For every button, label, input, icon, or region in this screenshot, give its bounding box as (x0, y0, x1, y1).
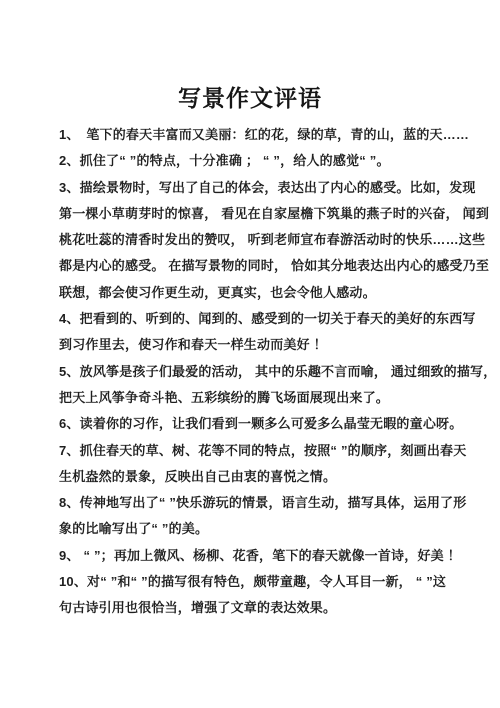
comment-line: 句古诗引用也很恰当，增强了文章的表达效果。 (59, 595, 450, 621)
comment-item-5: 5、放风筝是孩子们最爱的活动， 其中的乐趣不言而喻， 通过细致的描写， 把天上风… (59, 359, 450, 412)
comment-line: 把天上风筝争奇斗艳、五彩缤纷的腾飞场面展现出来了。 (59, 385, 450, 411)
document-body: 1、 笔下的春天丰富而又美丽：红的花，绿的草，青的山，蓝的天…… 2、抓住了“ … (0, 111, 500, 622)
comment-line: 4、把看到的、听到的、闻到的、感受到的一切关于春天的美好的东西写 (59, 306, 450, 332)
comment-line: 7、抓住春天的草、树、花等不同的特点，按照“ ”的顺序，刻画出春天 (59, 438, 450, 464)
comment-item-9: 9、 “ ”；再加上微风、杨柳、花香，笔下的春天就像一首诗，好美 ！ (59, 543, 450, 569)
comment-item-2: 2、抓住了“ ”的特点，十分准确 ； “ ”，给人的感觉“ ”。 (59, 148, 450, 174)
comment-line: 3、描绘景物时，写出了自己的体会，表达出了内心的感受。比如，发现 (59, 175, 450, 201)
comment-line: 联想，都会使习作更生动，更真实，也会令他人感动。 (59, 280, 450, 306)
comment-line: 桃花吐蕊的清香时发出的赞叹， 听到老师宣布春游活动时的快乐……这些 (59, 227, 450, 253)
comment-line: 1、 笔下的春天丰富而又美丽：红的花，绿的草，青的山，蓝的天…… (59, 122, 450, 148)
document-title: 写景作文评语 (0, 0, 500, 111)
comment-line: 10、对“ ”和“ ”的描写很有特色，颇带童趣，令人耳目一新， “ ”这 (59, 569, 450, 595)
comment-line: 8、传神地写出了“ ”快乐游玩的情景，语言生动，描写具体，运用了形 (59, 490, 450, 516)
comment-item-6: 6、读着你的习作，让我们看到一颗多么可爱多么晶莹无暇的童心呀。 (59, 411, 450, 437)
comment-line: 5、放风筝是孩子们最爱的活动， 其中的乐趣不言而喻， 通过细致的描写， (59, 359, 450, 385)
comment-item-7: 7、抓住春天的草、树、花等不同的特点，按照“ ”的顺序，刻画出春天 生机盎然的景… (59, 438, 450, 491)
comment-item-3: 3、描绘景物时，写出了自己的体会，表达出了内心的感受。比如，发现 第一棵小草萌芽… (59, 175, 450, 306)
comment-line: 6、读着你的习作，让我们看到一颗多么可爱多么晶莹无暇的童心呀。 (59, 411, 450, 437)
comment-line: 2、抓住了“ ”的特点，十分准确 ； “ ”，给人的感觉“ ”。 (59, 148, 450, 174)
comment-line: 都是内心的感受。 在描写景物的同时， 恰如其分地表达出内心的感受乃至 (59, 253, 450, 279)
comment-item-4: 4、把看到的、听到的、闻到的、感受到的一切关于春天的美好的东西写 到习作里去，使… (59, 306, 450, 359)
comment-item-1: 1、 笔下的春天丰富而又美丽：红的花，绿的草，青的山，蓝的天…… (59, 122, 450, 148)
document-page: 写景作文评语 1、 笔下的春天丰富而又美丽：红的花，绿的草，青的山，蓝的天…… … (0, 0, 500, 708)
comment-line: 到习作里去，使习作和春天一样生动而美好 ！ (59, 332, 450, 358)
comment-line: 9、 “ ”；再加上微风、杨柳、花香，笔下的春天就像一首诗，好美 ！ (59, 543, 450, 569)
comment-line: 第一棵小草萌芽时的惊喜， 看见在自家屋檐下筑巢的燕子时的兴奋， 闻到 (59, 201, 450, 227)
comment-item-8: 8、传神地写出了“ ”快乐游玩的情景，语言生动，描写具体，运用了形 象的比喻写出… (59, 490, 450, 543)
comment-item-10: 10、对“ ”和“ ”的描写很有特色，颇带童趣，令人耳目一新， “ ”这 句古诗… (59, 569, 450, 622)
comment-line: 生机盎然的景象，反映出自己由衷的喜悦之情。 (59, 464, 450, 490)
comment-line: 象的比喻写出了“ ”的美。 (59, 516, 450, 542)
